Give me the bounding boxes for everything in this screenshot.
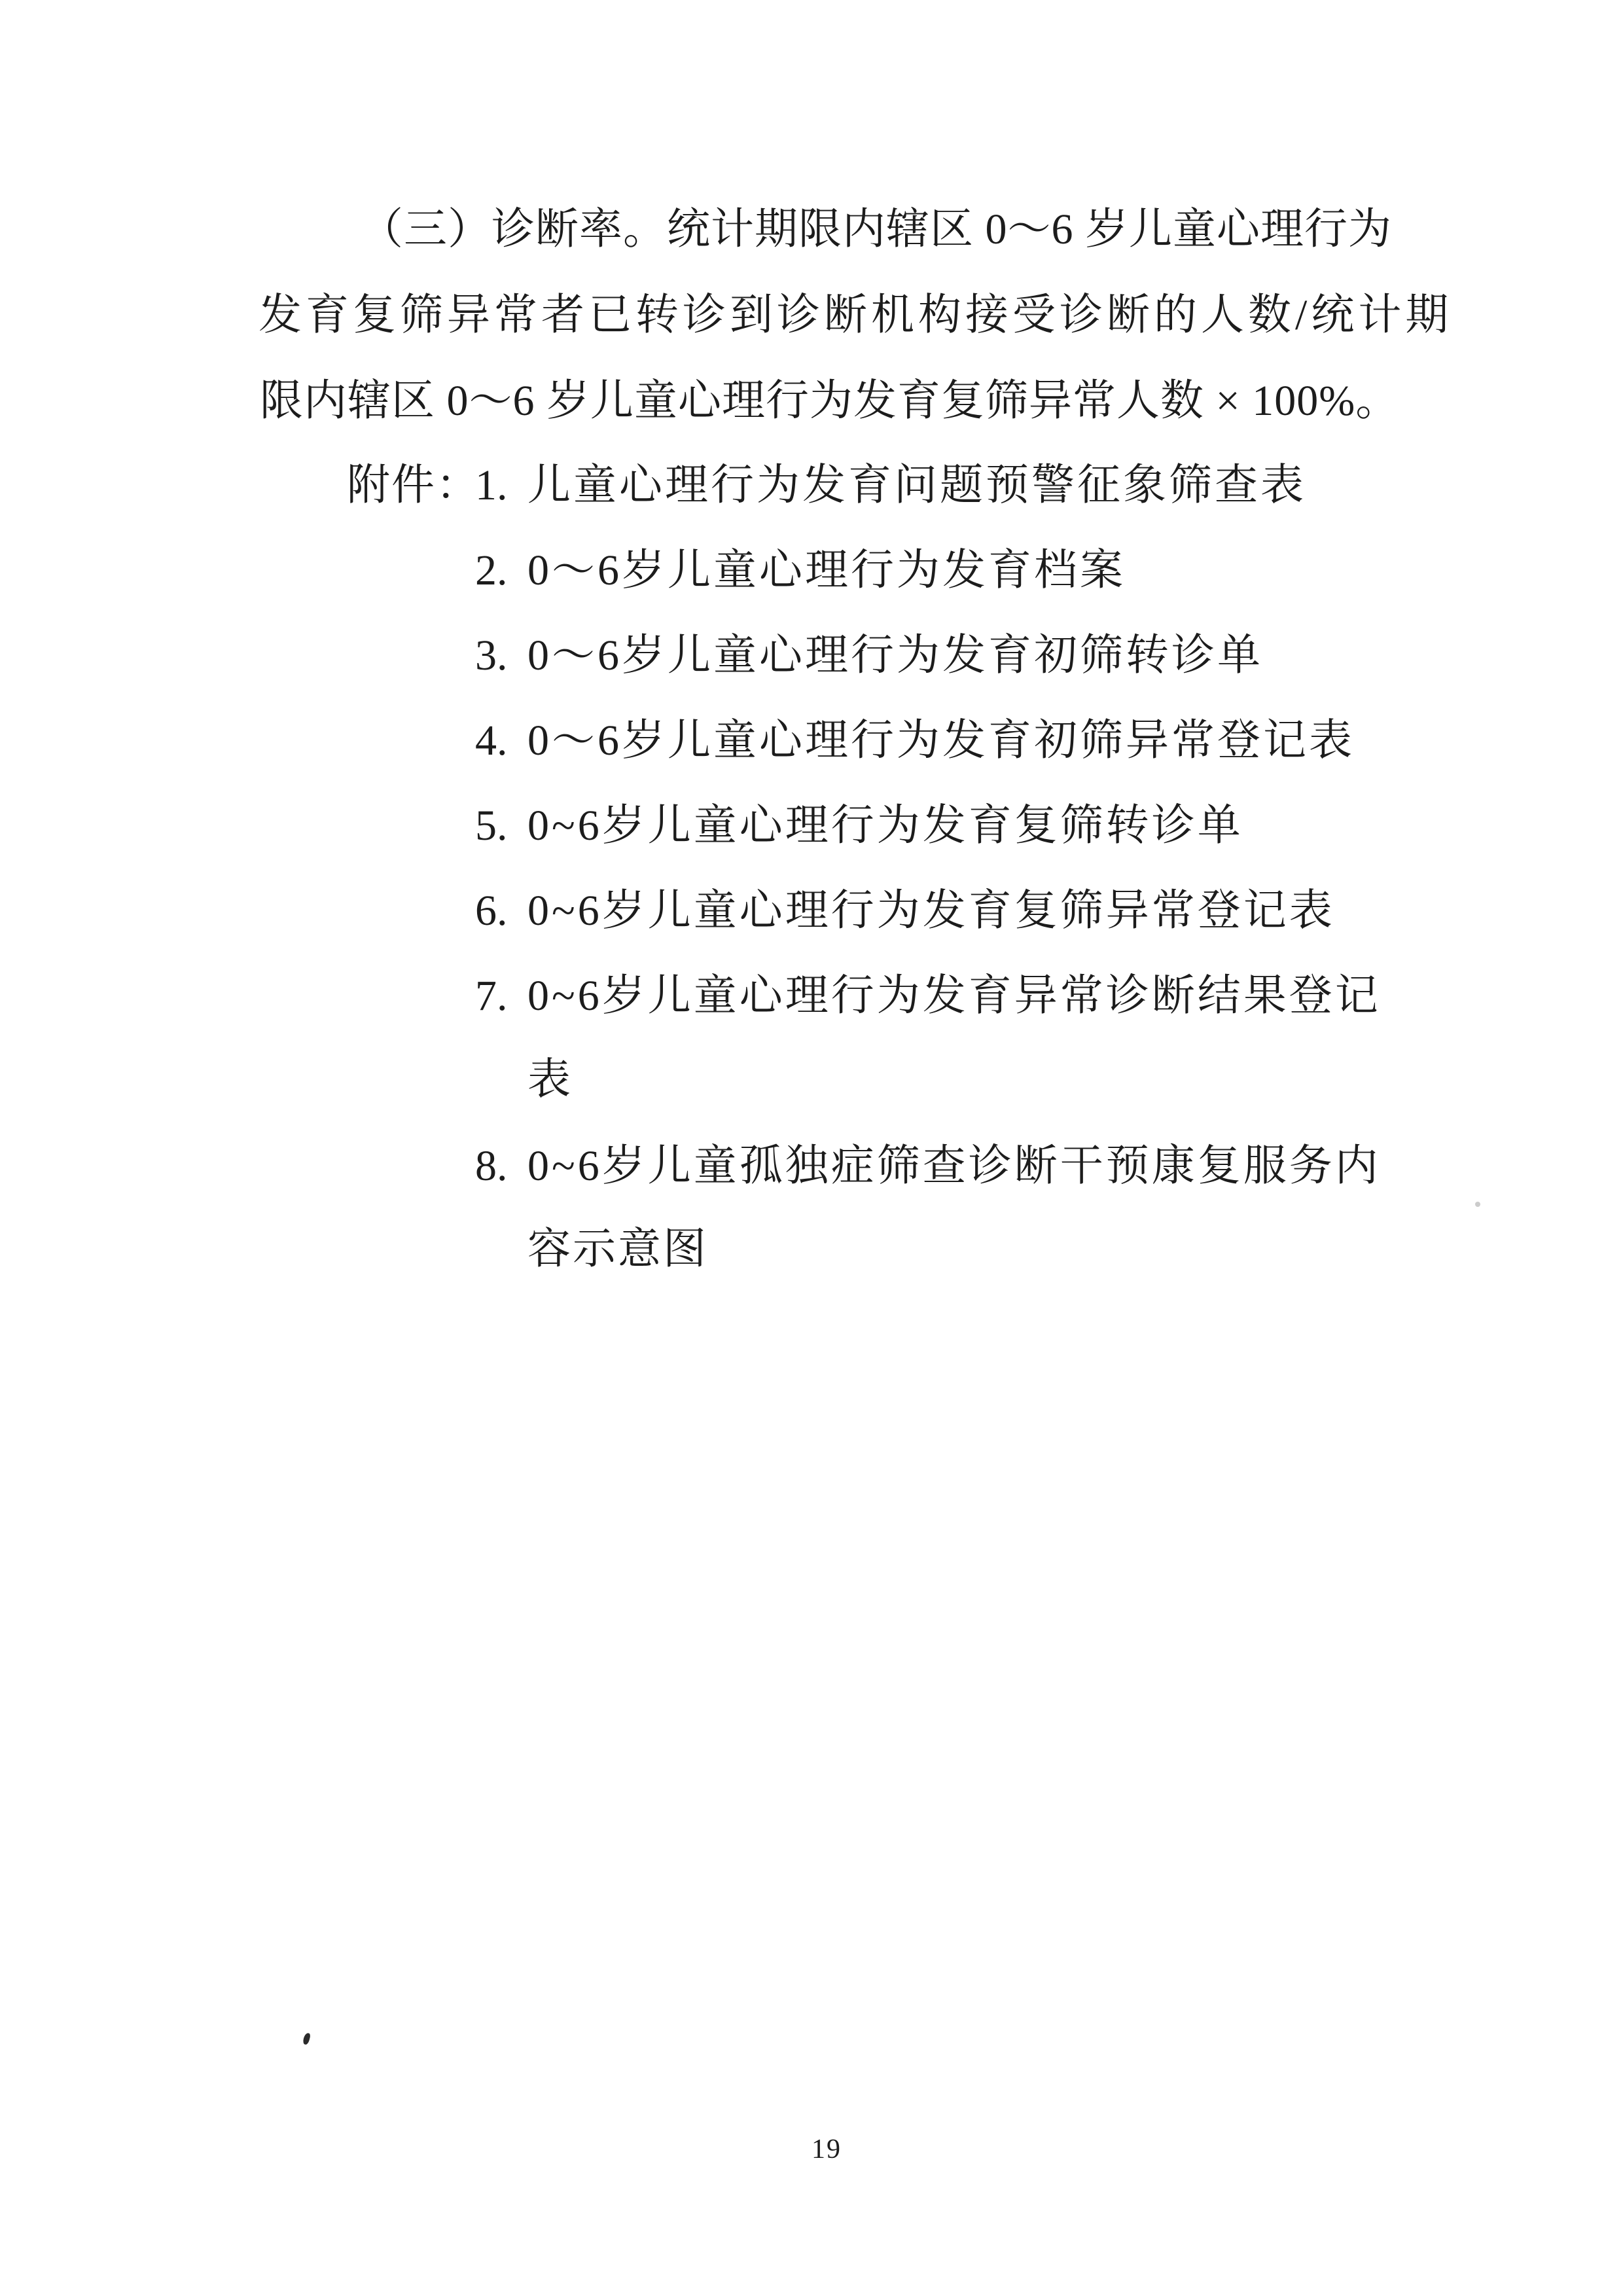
paragraph-line-2: 发育复筛异常者已转诊到诊断机构接受诊断的人数/统计期 bbox=[259, 293, 1452, 338]
attachment-item-6-number: 6. bbox=[475, 888, 527, 934]
attachment-item-3-number: 3. bbox=[475, 633, 527, 679]
page-number: 19 bbox=[811, 2134, 842, 2165]
attachment-item-8-title: 0~6岁儿童孤独症筛查诊断干预康复服务内 bbox=[527, 1142, 1381, 1190]
attachment-item-2-number: 2. bbox=[475, 548, 527, 594]
attachment-item-6-title: 0~6岁儿童心理行为发育复筛异常登记表 bbox=[527, 887, 1335, 935]
attachment-item-8: 8.0~6岁儿童孤独症筛查诊断干预康复服务内 bbox=[475, 1143, 1381, 1189]
attachment-item-7-title: 0~6岁儿童心理行为发育异常诊断结果登记 bbox=[527, 972, 1381, 1020]
ink-speck-faint bbox=[1475, 1202, 1480, 1207]
attachment-item-7: 7.0~6岁儿童心理行为发育异常诊断结果登记 bbox=[475, 973, 1381, 1019]
paragraph-line-3: 限内辖区 0～6 岁儿童心理行为发育复筛异常人数 × 100%。 bbox=[260, 378, 1399, 424]
attachment-item-5-title: 0~6岁儿童心理行为发育复筛转诊单 bbox=[527, 802, 1243, 850]
attachment-item-2-title: 0～6岁儿童心理行为发育档案 bbox=[527, 547, 1126, 594]
attachment-item-1-title: 儿童心理行为发育问题预警征象筛查表 bbox=[527, 461, 1306, 509]
attachment-item-1-number: 1. bbox=[475, 463, 527, 509]
ink-speck-dark bbox=[302, 2032, 311, 2045]
document-page: （三）诊断率。统计期限内辖区 0～6 岁儿童心理行为 发育复筛异常者已转诊到诊断… bbox=[0, 0, 1623, 2296]
attachment-item-7-number: 7. bbox=[475, 973, 527, 1019]
paragraph-line-1: （三）诊断率。统计期限内辖区 0～6 岁儿童心理行为 bbox=[360, 207, 1392, 253]
attachment-item-4: 4.0～6岁儿童心理行为发育初筛异常登记表 bbox=[475, 718, 1355, 764]
attachment-item-8-number: 8. bbox=[475, 1143, 527, 1189]
attachment-item-7-continuation: 表 bbox=[527, 1057, 573, 1103]
attachment-item-4-number: 4. bbox=[475, 718, 527, 764]
attachment-item-5-number: 5. bbox=[475, 803, 527, 849]
attachment-item-2: 2.0～6岁儿童心理行为发育档案 bbox=[475, 548, 1126, 594]
attachment-item-5: 5.0~6岁儿童心理行为发育复筛转诊单 bbox=[475, 803, 1243, 849]
attachment-item-8-continuation: 容示意图 bbox=[527, 1227, 708, 1272]
attachment-item-4-title: 0～6岁儿童心理行为发育初筛异常登记表 bbox=[527, 717, 1355, 764]
attachment-item-6: 6.0~6岁儿童心理行为发育复筛异常登记表 bbox=[475, 888, 1335, 934]
attachment-item-1: 1.儿童心理行为发育问题预警征象筛查表 bbox=[475, 463, 1306, 509]
attachment-item-3-title: 0～6岁儿童心理行为发育初筛转诊单 bbox=[527, 632, 1263, 679]
attachment-item-3: 3.0～6岁儿童心理行为发育初筛转诊单 bbox=[475, 633, 1263, 679]
attachments-label: 附件： bbox=[347, 463, 480, 509]
